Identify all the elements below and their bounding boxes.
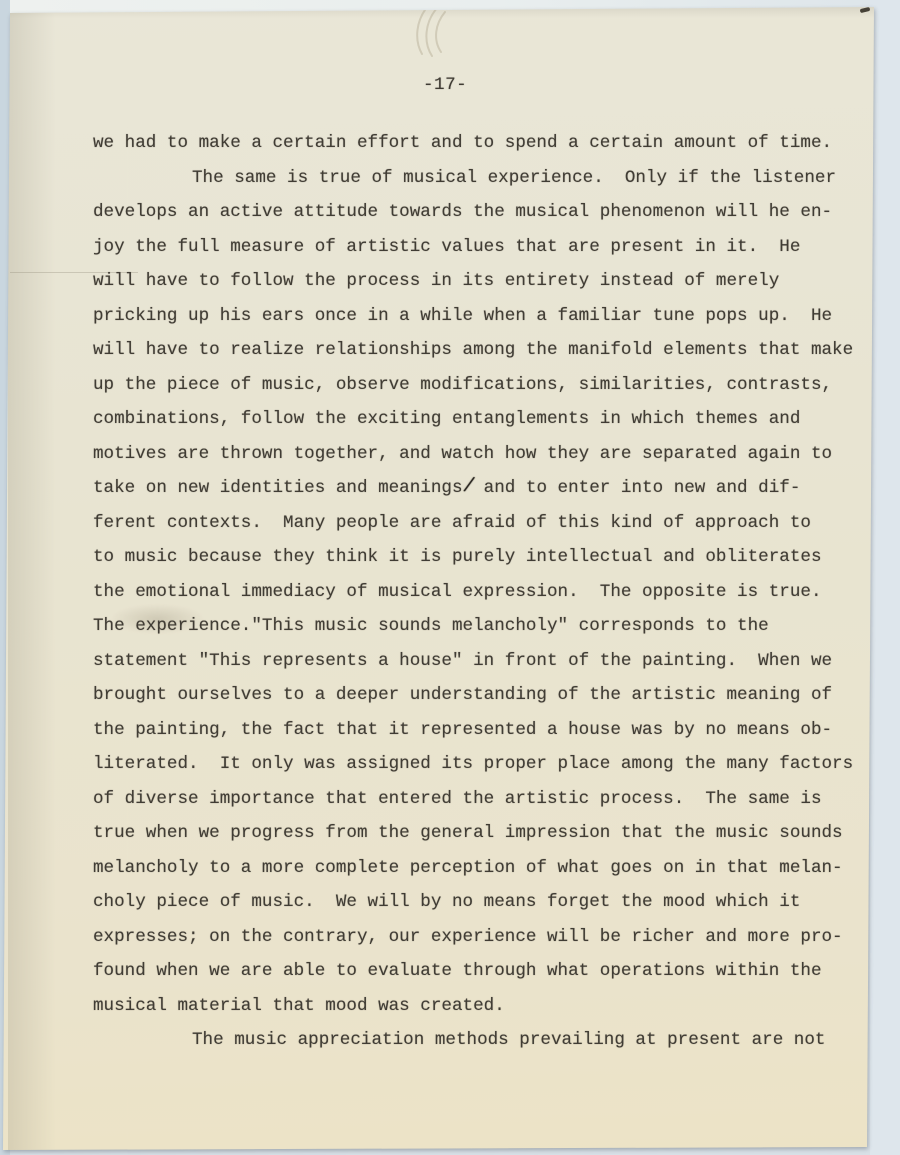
document-page: -17- we had to make a certain effort and…: [0, 0, 900, 1155]
text-line: statement "This represents a house" in f…: [93, 644, 888, 679]
text-line: up the piece of music, observe modificat…: [93, 368, 888, 403]
ink-speck: [860, 7, 871, 13]
page-text: we had to make a certain effort and to s…: [93, 126, 888, 1058]
text-line: develops an active attitude towards the …: [93, 195, 888, 230]
text-line: to music because they think it is purely…: [93, 540, 888, 575]
text-line: the painting, the fact that it represent…: [93, 713, 888, 748]
text-line: take on new identities and meanings∕ and…: [93, 471, 888, 506]
text-line: ferent contexts. Many people are afraid …: [93, 506, 888, 541]
text-line: will have to realize relationships among…: [93, 333, 888, 368]
text-line: brought ourselves to a deeper understand…: [93, 678, 888, 713]
text-line: motives are thrown together, and watch h…: [93, 437, 888, 472]
text-line: will have to follow the process in its e…: [93, 264, 888, 299]
text-line: The experience."This music sounds melanc…: [93, 609, 888, 644]
text-line: musical material that mood was created.: [93, 989, 888, 1024]
text-line: joy the full measure of artistic values …: [93, 230, 888, 265]
text-line: literated. It only was assigned its prop…: [93, 747, 888, 782]
pencil-scribble-mark: [392, 2, 464, 60]
text-line: pricking up his ears once in a while whe…: [93, 299, 888, 334]
text-line: The same is true of musical experience. …: [93, 161, 888, 196]
text-line: melancholy to a more complete perception…: [93, 851, 888, 886]
text-line: combinations, follow the exciting entang…: [93, 402, 888, 437]
text-line: choly piece of music. We will by no mean…: [93, 885, 888, 920]
text-line: we had to make a certain effort and to s…: [93, 126, 888, 161]
text-line: found when we are able to evaluate throu…: [93, 954, 888, 989]
text-line: of diverse importance that entered the a…: [93, 782, 888, 817]
text-line: the emotional immediacy of musical expre…: [93, 575, 888, 610]
text-line: The music appreciation methods prevailin…: [93, 1023, 888, 1058]
text-line: true when we progress from the general i…: [93, 816, 888, 851]
text-line: expresses; on the contrary, our experien…: [93, 920, 888, 955]
scanned-document: { "page": { "number": "-17-", "lines": […: [0, 0, 900, 1155]
paper-wrapper: -17- we had to make a certain effort and…: [0, 0, 900, 1155]
page-number: -17-: [423, 75, 467, 95]
